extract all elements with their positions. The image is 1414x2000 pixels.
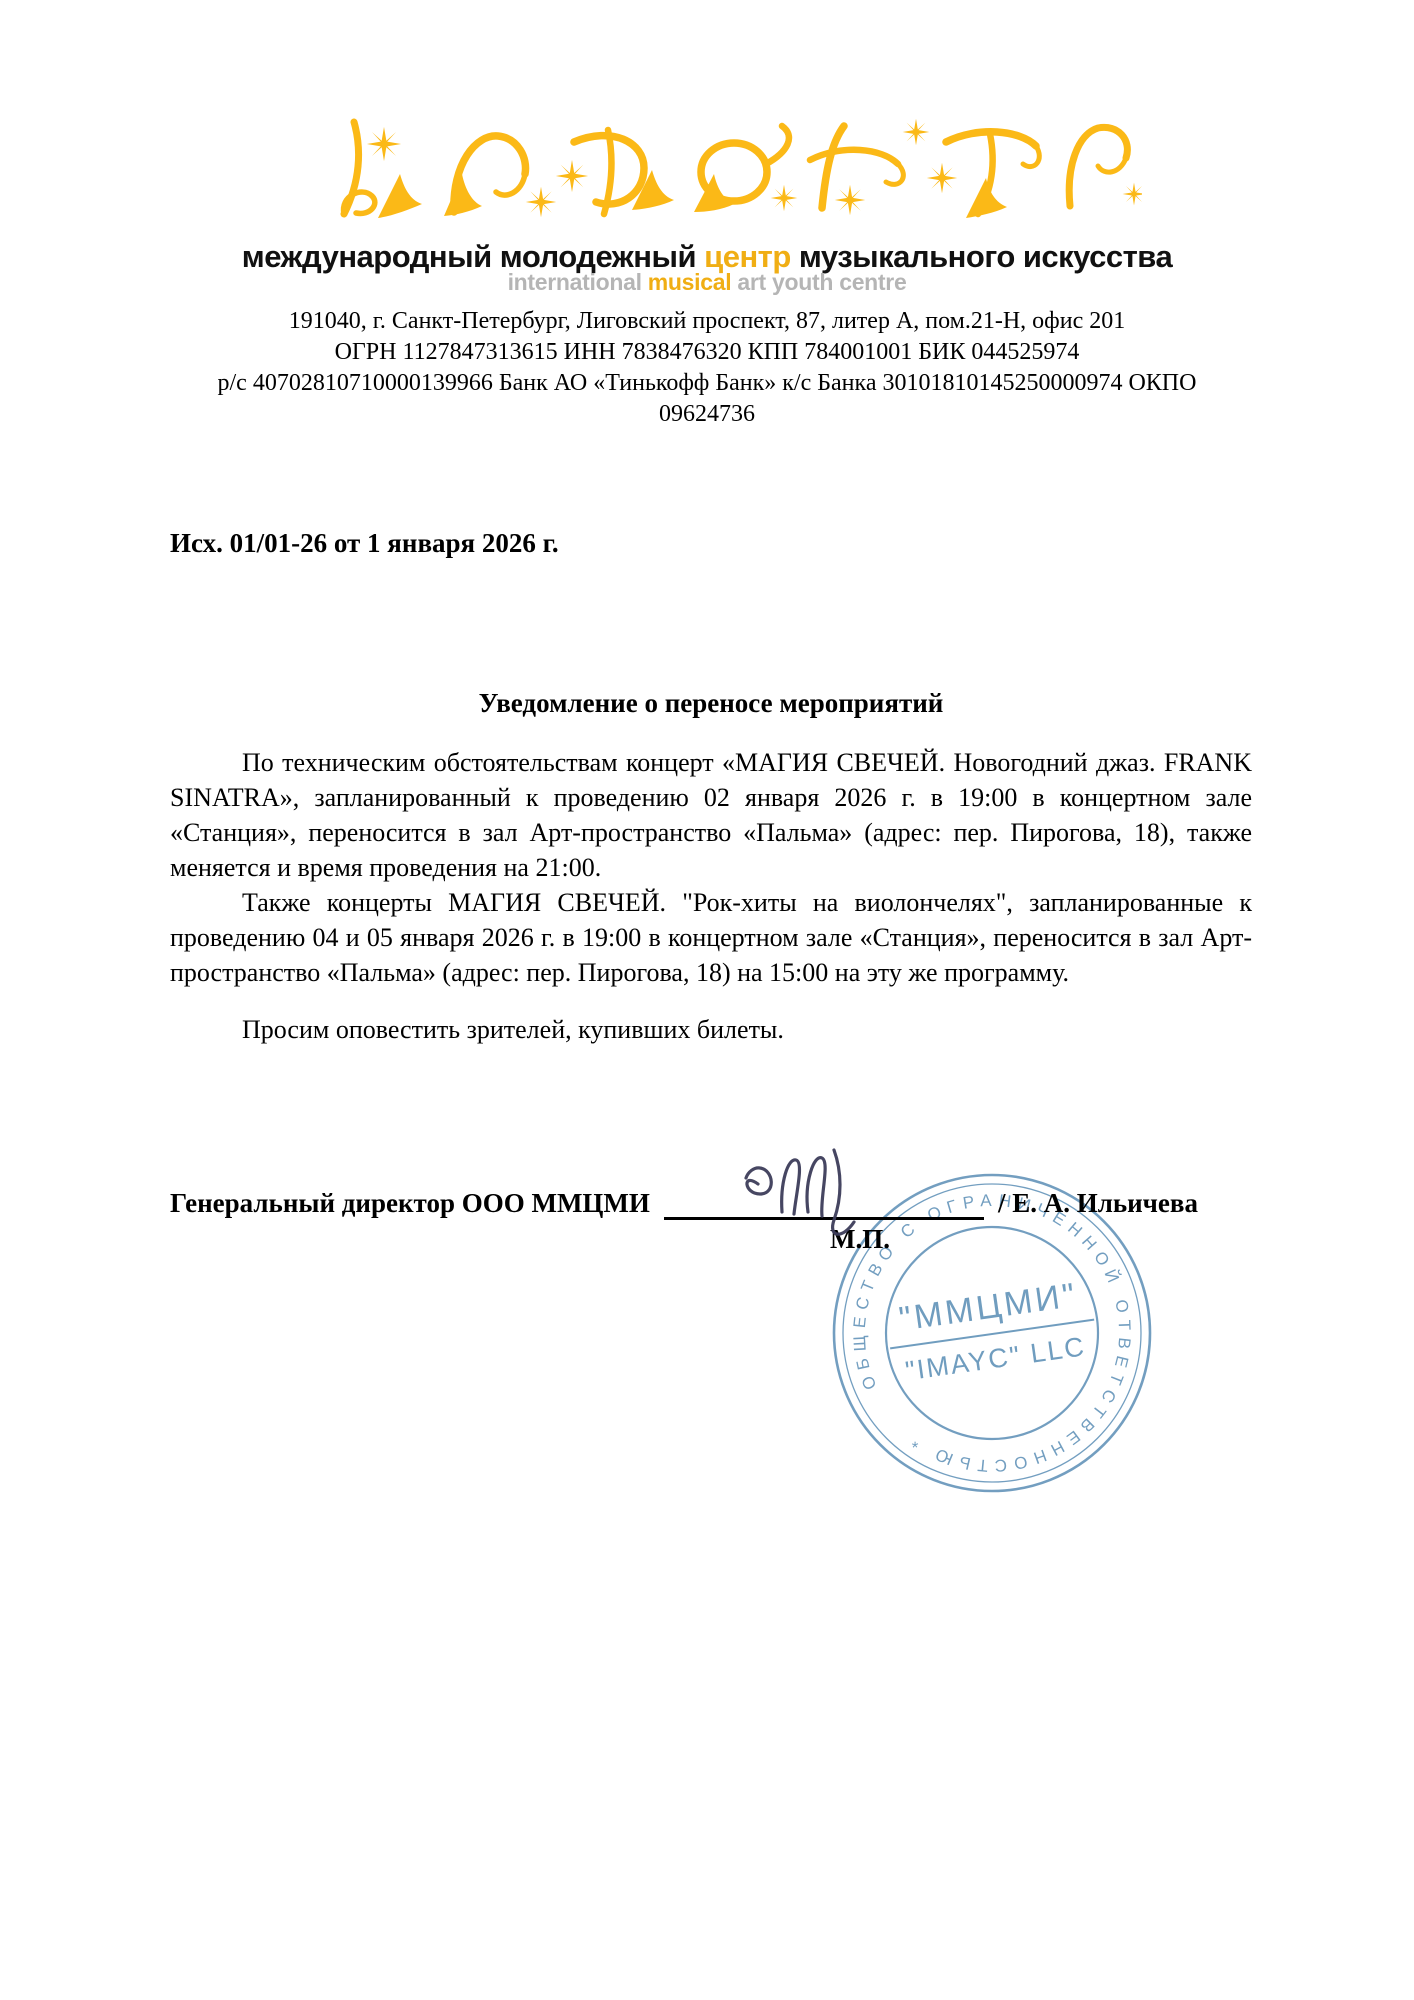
org-name-en: international musical art youth centre [0,270,1414,294]
paragraph-1: По техническим обстоятельствам концерт «… [170,745,1252,885]
letter-document: международный молодежный центр музыкальн… [0,0,1414,2000]
outgoing-ref-line: Исх. 01/01-26 от 1 января 2026 г. [170,528,559,559]
director-label: Генеральный директор ООО ММЦМИ [170,1187,650,1220]
handwritten-signature [730,1142,940,1246]
org-registration-line: ОГРН 1127847313615 ИНН 7838476320 КПП 78… [0,337,1414,368]
org-name-en-part1: international [508,269,648,295]
stamp-center-name-en: "IMAYC" LLC [904,1331,1088,1386]
paragraph-2: Также концерты МАГИЯ СВЕЧЕЙ. "Рок-хиты н… [170,885,1252,990]
letter-body: По техническим обстоятельствам концерт «… [170,745,1252,1047]
org-name-en-accent: musical [648,269,732,295]
stamp-center-name-ru: "ММЦМИ" [897,1276,1080,1339]
org-okpo-line: 09624736 [0,399,1414,430]
document-title: Уведомление о переносе мероприятий [170,688,1252,719]
paragraph-3: Просим оповестить зрителей, купивших бил… [170,1012,1252,1047]
org-address-line: 191040, г. Санкт-Петербург, Лиговский пр… [0,306,1414,337]
logo-ornament-icon [326,116,1142,226]
org-bank-line: р/с 40702810710000139966 Банк АО «Тинько… [0,368,1414,399]
org-contacts: 191040, г. Санкт-Петербург, Лиговский пр… [0,306,1414,430]
org-name-en-part2: art youth centre [731,269,906,295]
